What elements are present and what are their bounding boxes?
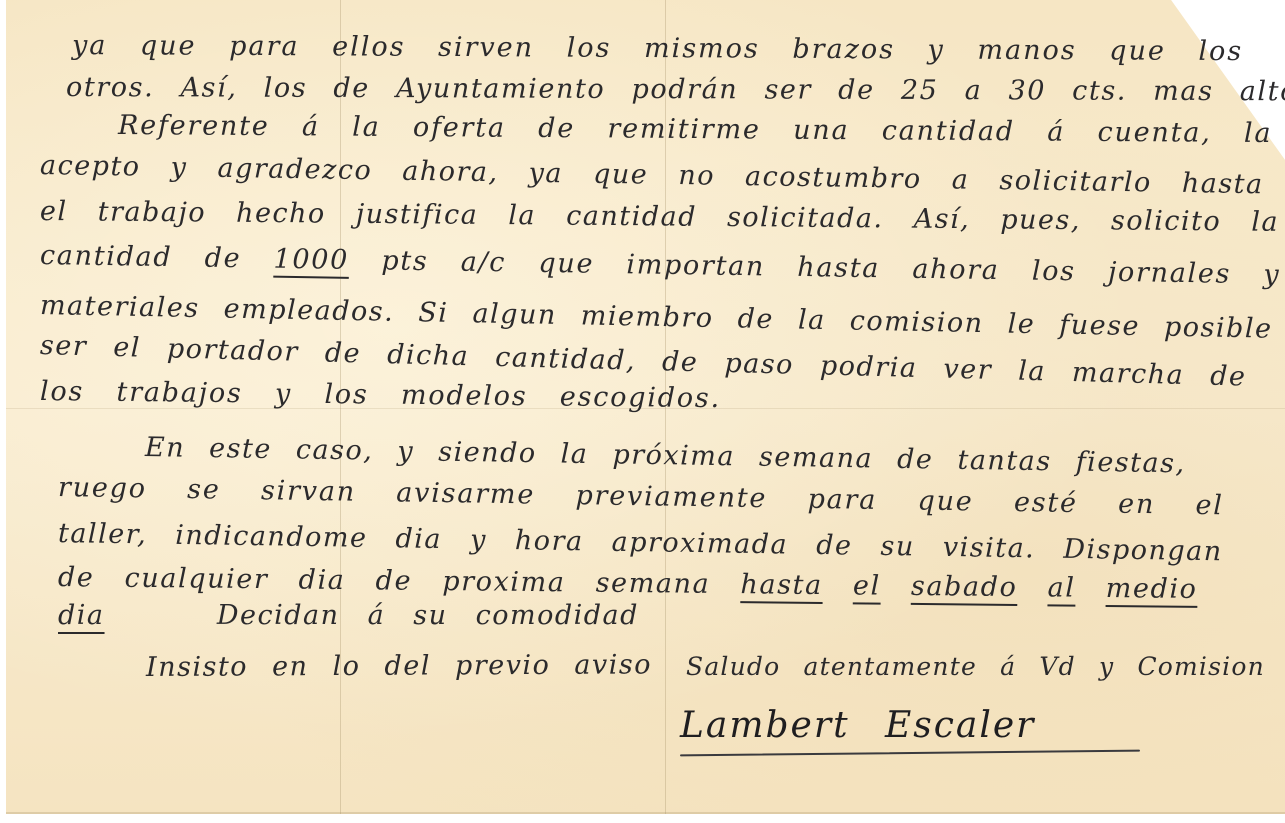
- underlined-word: medio: [1106, 573, 1198, 605]
- letter-line: otros. Así, los de Ayuntamiento podrán s…: [66, 72, 1285, 107]
- text-segment: [1017, 572, 1048, 603]
- scanned-letter-page: ya que para ellos sirven los mismos braz…: [0, 0, 1285, 823]
- underlined-word: el: [853, 570, 881, 601]
- text-segment: Decidan á su comodidad: [105, 600, 639, 631]
- underlined-amount: 1000: [273, 244, 349, 276]
- letter-line: el trabajo hecho justifica la cantidad s…: [40, 196, 1279, 238]
- text-segment: [823, 570, 854, 601]
- text-segment: [1075, 573, 1106, 604]
- letter-line: cantidad de 1000 pts a/c que importan ha…: [40, 240, 1281, 290]
- letter-line: Insisto en lo del previo aviso: [146, 649, 652, 683]
- closing-salutation: Saludo atentamente á Vd y Comision: [686, 652, 1265, 681]
- text-segment: [881, 571, 912, 602]
- letter-line: ya que para ellos sirven los mismos braz…: [72, 30, 1243, 67]
- underlined-word: al: [1047, 572, 1075, 603]
- letter-line: En este caso, y siendo la próxima semana…: [145, 432, 1186, 479]
- letter-line: de cualquier dia de proxima semana hasta…: [58, 562, 1198, 605]
- letter-line: ruego se sirvan avisarme previamente par…: [58, 472, 1224, 521]
- underlined-word: dia: [58, 600, 105, 631]
- text-segment: pts a/c que importan hasta ahora los jor…: [349, 245, 1281, 291]
- letter-line: acepto y agradezco ahora, ya que no acos…: [40, 150, 1285, 202]
- letter-line: Referente á la oferta de remitirme una c…: [118, 110, 1273, 149]
- text-segment: cantidad de: [40, 240, 274, 275]
- text-segment: de cualquier dia de proxima semana: [58, 562, 741, 600]
- signature: Lambert Escaler: [680, 705, 1035, 746]
- underlined-word: sabado: [911, 571, 1018, 603]
- letter-line: los trabajos y los modelos escogidos.: [40, 376, 721, 414]
- letter-line: dia Decidan á su comodidad: [58, 600, 639, 631]
- underlined-word: hasta: [740, 569, 823, 601]
- letter-body: ya que para ellos sirven los mismos braz…: [0, 0, 1285, 823]
- letter-line: taller, indicandome dia y hora aproximad…: [58, 518, 1223, 567]
- signature-underline: [680, 750, 1140, 757]
